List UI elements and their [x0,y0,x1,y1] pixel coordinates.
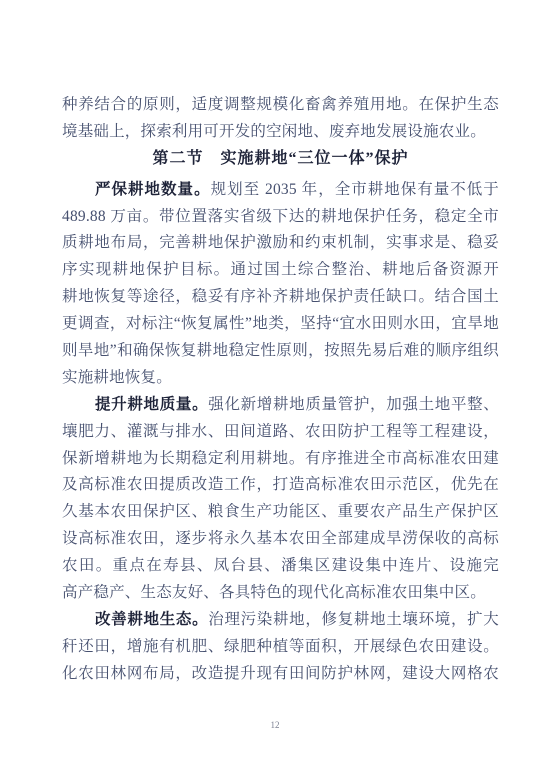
body-text: 化农田林网布局，改造提升现有田间防护林网，建设大网格农田 [62,665,499,688]
text-line: 壤肥力、灌溉与排水、田间道路、农田防护工程等工程建设，确 [62,419,499,446]
body-text: 设高标准农田，逐步将永久基本农田全部建成旱涝保收的高标准 [62,530,499,553]
body-text: 高产稳产、生态友好、各具特色的现代化高标准农田集中区。 [62,584,486,601]
text-line: 久基本农田保护区、粮食生产功能区、重要农产品生产保护区建 [62,499,499,526]
bold-lead-text: 提升耕地质量。 [95,396,208,413]
section-heading-text: 第二节 实施耕地“三位一体”保护 [62,146,499,173]
text-line: 耕地恢复等途径，稳妥有序补齐耕地保护责任缺口。结合国土变 [62,284,499,311]
body-text: 实施耕地恢复。 [62,369,172,386]
text-line: 严保耕地数量。规划至 2035 年，全市耕地保有量不低于 [62,177,499,204]
text-line: 种养结合的原则，适度调整规模化畜禽养殖用地。在保护生态环 [62,92,499,119]
text-line: 保新增耕地为长期稳定利用耕地。有序推进全市高标准农田建设 [62,446,499,473]
body-text: 则旱地”和确保恢复耕地稳定性原则，按照先易后难的顺序组织 [62,342,499,359]
text-line: 实施耕地恢复。 [62,365,499,392]
text-line: 设高标准农田，逐步将永久基本农田全部建成旱涝保收的高标准 [62,526,499,553]
para-continuation: 种养结合的原则，适度调整规模化畜禽养殖用地。在保护生态环境基础上，探索利用可开发… [62,92,499,146]
bold-lead-text: 严保耕地数量。 [95,181,211,198]
page-number: 12 [0,719,550,731]
body-text: 规划至 2035 年，全市耕地保有量不低于 [211,181,499,198]
text-line: 农田。重点在寿县、凤台县、潘集区建设集中连片、设施完善、 [62,553,499,580]
body-text: 质耕地布局，完善耕地保护激励和约束机制，实事求是、稳妥有 [62,234,499,257]
para-improve-ecology: 改善耕地生态。治理污染耕地，修复耕地土壤环境，扩大秸秆还田，增施有机肥、绿肥种植… [62,607,499,688]
text-line: 改善耕地生态。治理污染耕地，修复耕地土壤环境，扩大秸 [62,607,499,634]
text-line: 高产稳产、生态友好、各具特色的现代化高标准农田集中区。 [62,580,499,607]
text-line: 质耕地布局，完善耕地保护激励和约束机制，实事求是、稳妥有 [62,230,499,257]
body-text: 种养结合的原则，适度调整规模化畜禽养殖用地。在保护生态环 [62,96,499,119]
text-line: 提升耕地质量。强化新增耕地质量管护，加强土地平整、土 [62,392,499,419]
body-text: 489.88 万亩。带位置落实省级下达的耕地保护任务，稳定全市优 [62,208,499,231]
body-text: 秆还田，增施有机肥、绿肥种植等面积，开展绿色农田建设。优 [62,638,499,661]
text-line: 序实现耕地保护目标。通过国土综合整治、耕地后备资源开发、 [62,257,499,284]
body-text: 境基础上，探索利用可开发的空闲地、废弃地发展设施农业。 [62,123,486,140]
document-page: 种养结合的原则，适度调整规模化畜禽养殖用地。在保护生态环境基础上，探索利用可开发… [0,0,550,777]
document-body: 种养结合的原则，适度调整规模化畜禽养殖用地。在保护生态环境基础上，探索利用可开发… [62,92,499,688]
body-text: 壤肥力、灌溉与排水、田间道路、农田防护工程等工程建设，确 [62,423,499,446]
body-text: 保新增耕地为长期稳定利用耕地。有序推进全市高标准农田建设 [62,450,499,473]
bold-lead-text: 第二节 实施耕地“三位一体”保护 [152,150,408,167]
para-protect-quantity: 严保耕地数量。规划至 2035 年，全市耕地保有量不低于489.88 万亩。带位… [62,177,499,392]
body-text: 农田。重点在寿县、凤台县、潘集区建设集中连片、设施完善、 [62,557,499,580]
text-line: 秆还田，增施有机肥、绿肥种植等面积，开展绿色农田建设。优 [62,634,499,661]
body-text: 更调查，对标注“恢复属性”地类，坚持“宜水田则水田，宜旱地 [62,315,499,332]
body-text: 及高标准农田提质改造工作，打造高标准农田示范区，优先在永 [62,476,499,499]
text-line: 489.88 万亩。带位置落实省级下达的耕地保护任务，稳定全市优 [62,204,499,231]
text-line: 及高标准农田提质改造工作，打造高标准农田示范区，优先在永 [62,472,499,499]
text-line: 化农田林网布局，改造提升现有田间防护林网，建设大网格农田 [62,661,499,688]
text-line: 则旱地”和确保恢复耕地稳定性原则，按照先易后难的顺序组织 [62,338,499,365]
body-text: 久基本农田保护区、粮食生产功能区、重要农产品生产保护区建 [62,503,499,526]
body-text: 耕地恢复等途径，稳妥有序补齐耕地保护责任缺口。结合国土变 [62,288,499,311]
text-line: 境基础上，探索利用可开发的空闲地、废弃地发展设施农业。 [62,119,499,146]
para-improve-quality: 提升耕地质量。强化新增耕地质量管护，加强土地平整、土壤肥力、灌溉与排水、田间道路… [62,392,499,607]
bold-lead-text: 改善耕地生态。 [95,611,208,628]
section-heading: 第二节 实施耕地“三位一体”保护 [62,146,499,173]
body-text: 序实现耕地保护目标。通过国土综合整治、耕地后备资源开发、 [62,261,499,284]
text-line: 更调查，对标注“恢复属性”地类，坚持“宜水田则水田，宜旱地 [62,311,499,338]
